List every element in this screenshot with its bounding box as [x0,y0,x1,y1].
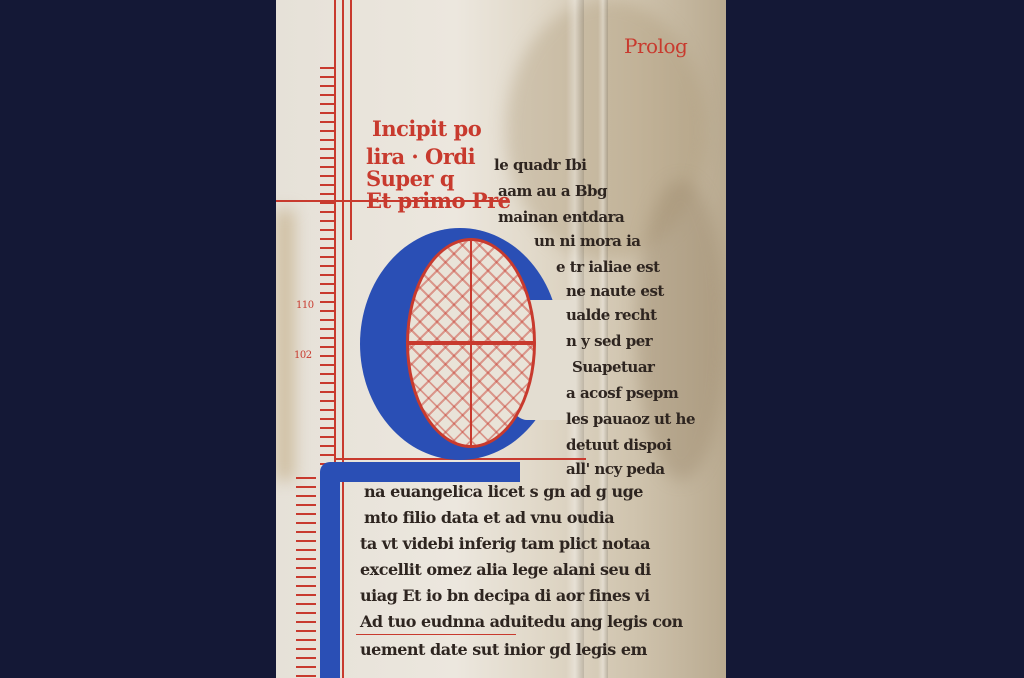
text-line: le quadr Ibi [494,156,586,174]
text-line: un ni mora ia [534,232,641,250]
running-title: Prolog [624,34,687,58]
text-line: mto filio data et ad vnu oudia [364,508,614,527]
rubric-line: Incipit po [372,116,481,141]
text-line: ne naute est [566,282,664,300]
initial-red-filigree [406,238,536,448]
red-border-flourish [296,470,316,678]
manuscript-photo: Prolog Incipit po lira · Ordi Super q Et… [276,0,726,678]
text-line: ta vt videbi inferig tam plict notaa [360,534,650,553]
text-line: detuut dispoi [566,436,671,454]
text-line: a acosf psepm [566,384,678,402]
text-line: les pauaoz ut he [566,410,695,428]
text-line: Suapetuar [572,358,654,376]
parchment-stain [636,180,726,480]
text-line: ualde recht [566,306,657,324]
initial-blue-bar [320,462,520,482]
text-line: na euangelica licet s gn ad g uge [364,482,643,501]
torn-edge [276,210,294,480]
red-underline [356,634,516,635]
text-line: e tr ialiae est [556,258,660,276]
text-line: uiag Et io bn decipa di aor fines vi [360,586,650,605]
rubric-line: Et primo Pre [366,188,511,213]
marginal-note: 110 [296,300,314,311]
text-line: Ad tuo eudnna aduitedu ang legis con [360,612,683,631]
red-border-line [350,0,352,240]
text-line: aam au a Bbg [498,182,607,200]
red-border-line [342,0,344,678]
text-line: mainan entdara [498,208,624,226]
text-line: excellit omez alia lege alani seu di [360,560,651,579]
text-line: uement date sut inior gd legis em [360,640,647,659]
marginal-note: 102 [294,350,312,361]
text-line: all' ncy peda [566,460,665,478]
text-line: n y sed per [566,332,652,350]
initial-blue-stem [320,480,340,678]
